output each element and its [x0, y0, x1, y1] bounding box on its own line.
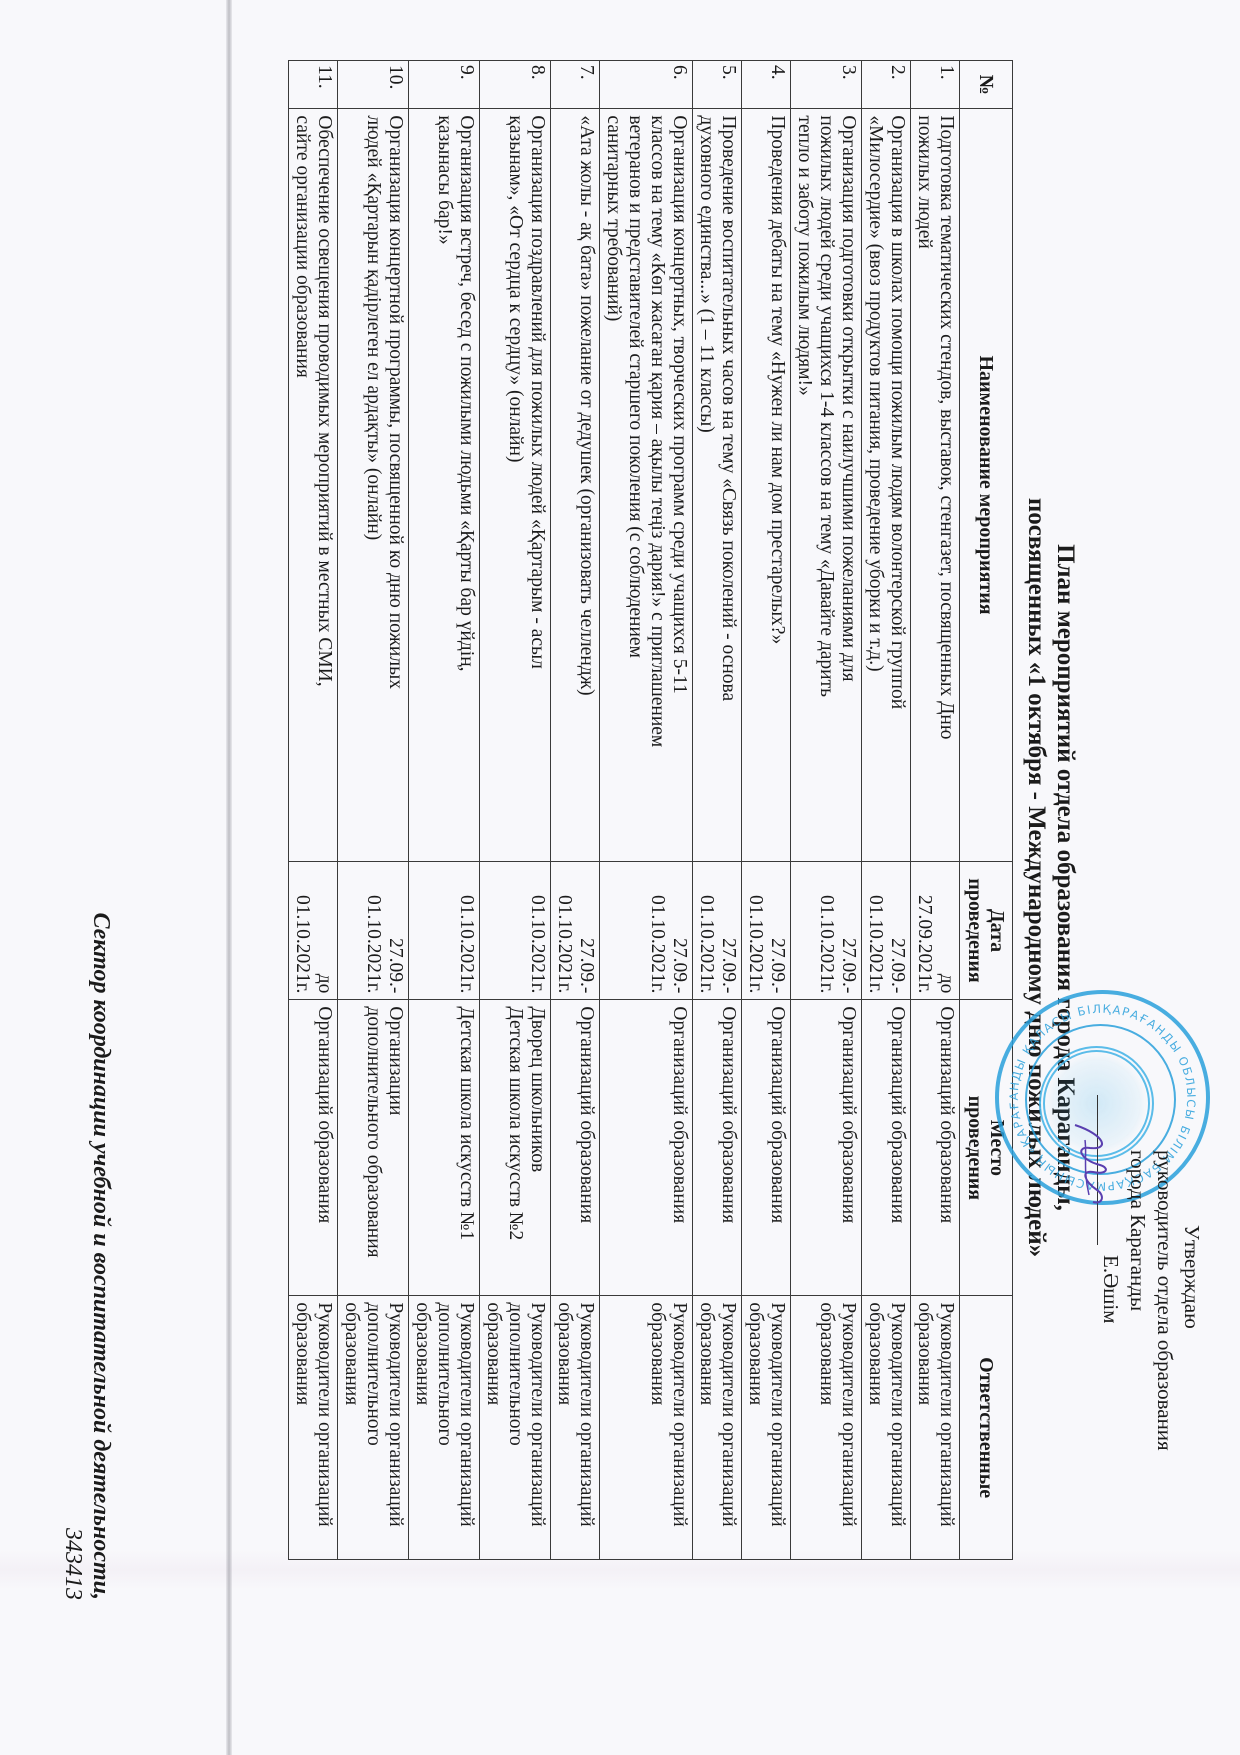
- event-place: Организаций образования: [911, 1000, 960, 1296]
- event-date: до01.10.2021г.: [289, 861, 338, 1000]
- events-plan-table: № Наименование мероприятия Дата проведен…: [288, 60, 1013, 1560]
- event-place: Организациидополнительного образования: [338, 1000, 409, 1296]
- row-number: 5.: [693, 61, 742, 109]
- row-number: 1.: [911, 61, 960, 109]
- event-date: до27.09.2021г.: [911, 861, 960, 1000]
- event-name: Организация в школах помощи пожилым людя…: [862, 109, 911, 861]
- event-place: Организаций образования: [791, 1000, 862, 1296]
- table-row: 7.«Ата жолы - ақ бата» пожелание от деду…: [551, 61, 600, 1560]
- event-responsible: Руководители организацийобразования: [791, 1296, 862, 1560]
- event-responsible: Руководители организацийобразования: [742, 1296, 791, 1560]
- event-place: Организаций образования: [600, 1000, 693, 1296]
- header-date: Дата проведения: [960, 861, 1013, 1000]
- event-date: 01.10.2021г.: [409, 861, 480, 1000]
- footer-department: Сектор координации учебной и воспитатель…: [88, 912, 114, 1600]
- event-name: «Ата жолы - ақ бата» пожелание от дедуше…: [551, 109, 600, 861]
- event-place: Организаций образования: [862, 1000, 911, 1296]
- title-line-2: посвященных «1 октября - Международному …: [1022, 0, 1051, 1755]
- table-row: 8.Организация поздравлений для пожилых л…: [480, 61, 551, 1560]
- row-number: 6.: [600, 61, 693, 109]
- event-name: Обеспечение освещения проводимых меропри…: [289, 109, 338, 861]
- event-responsible: Руководители организацийдополнительного …: [480, 1296, 551, 1560]
- approval-label: Утверждаю: [1178, 1075, 1205, 1495]
- event-name: Подготовка тематических стендов, выставо…: [911, 109, 960, 861]
- event-responsible: Руководители организацийобразования: [551, 1296, 600, 1560]
- header-num: №: [960, 61, 1013, 109]
- event-responsible: Руководители организацийобразования: [693, 1296, 742, 1560]
- table-row: 10.Организация концертной программы, пос…: [338, 61, 409, 1560]
- event-place: Организаций образования: [693, 1000, 742, 1296]
- row-number: 10.: [338, 61, 409, 109]
- event-place: Детская школа искусств №1: [409, 1000, 480, 1296]
- row-number: 2.: [862, 61, 911, 109]
- event-name: Организация концертных, творческих прогр…: [600, 109, 693, 861]
- event-date: 27.09.-01.10.2021г.: [551, 861, 600, 1000]
- table-row: 9.Организация встреч, бесед с пожилыми л…: [409, 61, 480, 1560]
- table-body: 1.Подготовка тематических стендов, выста…: [289, 61, 960, 1560]
- event-responsible: Руководители организацийобразования: [911, 1296, 960, 1560]
- event-responsible: Руководители организацийобразования: [600, 1296, 693, 1560]
- event-name: Организация встреч, бесед с пожилыми люд…: [409, 109, 480, 861]
- table-row: 6.Организация концертных, творческих про…: [600, 61, 693, 1560]
- event-name: Организация поздравлений для пожилых люд…: [480, 109, 551, 861]
- event-date: 01.10.2021г.: [480, 861, 551, 1000]
- row-number: 8.: [480, 61, 551, 109]
- document-page: ҚАРАҒАНДЫ ОБЛЫСЫ БІЛІМ БАСҚАРМАСЫНЫҢ «ҚА…: [0, 0, 1240, 1755]
- row-number: 7.: [551, 61, 600, 109]
- table-header-row: № Наименование мероприятия Дата проведен…: [960, 61, 1013, 1560]
- event-date: 27.09.-01.10.2021г.: [862, 861, 911, 1000]
- table-row: 2.Организация в школах помощи пожилым лю…: [862, 61, 911, 1560]
- event-place: Организаций образования: [289, 1000, 338, 1296]
- event-responsible: Руководители организацийобразования: [289, 1296, 338, 1560]
- event-name: Проведения дебаты на тему «Нужен ли нам …: [742, 109, 791, 861]
- event-responsible: Руководители организацийобразования: [862, 1296, 911, 1560]
- event-date: 27.09.-01.10.2021г.: [600, 861, 693, 1000]
- row-number: 9.: [409, 61, 480, 109]
- event-responsible: Руководители организацийдополнительного …: [338, 1296, 409, 1560]
- event-date: 27.09.-01.10.2021г.: [791, 861, 862, 1000]
- row-number: 4.: [742, 61, 791, 109]
- event-place: Организаций образования: [551, 1000, 600, 1296]
- event-place: Организаций образования: [742, 1000, 791, 1296]
- event-name: Организация концертной программы, посвящ…: [338, 109, 409, 861]
- table-row: 11.Обеспечение освещения проводимых меро…: [289, 61, 338, 1560]
- event-date: 27.09.-01.10.2021г.: [742, 861, 791, 1000]
- table-row: 1.Подготовка тематических стендов, выста…: [911, 61, 960, 1560]
- approver-city: города Караганды: [1124, 1075, 1151, 1495]
- header-event-name: Наименование мероприятия: [960, 109, 1013, 861]
- event-place: Дворец школьниковДетская школа искусств …: [480, 1000, 551, 1296]
- approver-name: Е.Әшім: [1097, 1255, 1124, 1324]
- title-line-1: План мероприятий отдела образования горо…: [1051, 0, 1080, 1755]
- event-responsible: Руководители организацийдополнительного …: [409, 1296, 480, 1560]
- header-responsible: Ответственные: [960, 1296, 1013, 1560]
- footer-block: Сектор координации учебной и воспитатель…: [59, 900, 115, 1600]
- row-number: 11.: [289, 61, 338, 109]
- table-row: 5.Проведение воспитательных часов на тем…: [693, 61, 742, 1560]
- document-title: План мероприятий отдела образования горо…: [1022, 0, 1080, 1755]
- event-name: Проведение воспитательных часов на тему …: [693, 109, 742, 861]
- table-row: 4.Проведения дебаты на тему «Нужен ли на…: [742, 61, 791, 1560]
- event-date: 27.09.-01.10.2021г.: [338, 861, 409, 1000]
- row-number: 3.: [791, 61, 862, 109]
- signature-icon: [1065, 1120, 1115, 1210]
- event-date: 27.09.-01.10.2021г.: [693, 861, 742, 1000]
- footer-phone: 343413: [59, 900, 87, 1600]
- event-name: Организация подготовки открытки с наилуч…: [791, 109, 862, 861]
- approver-position: руководитель отдела образования: [1151, 1075, 1178, 1495]
- table-row: 3.Организация подготовки открытки с наил…: [791, 61, 862, 1560]
- scan-crease: [226, 0, 232, 1755]
